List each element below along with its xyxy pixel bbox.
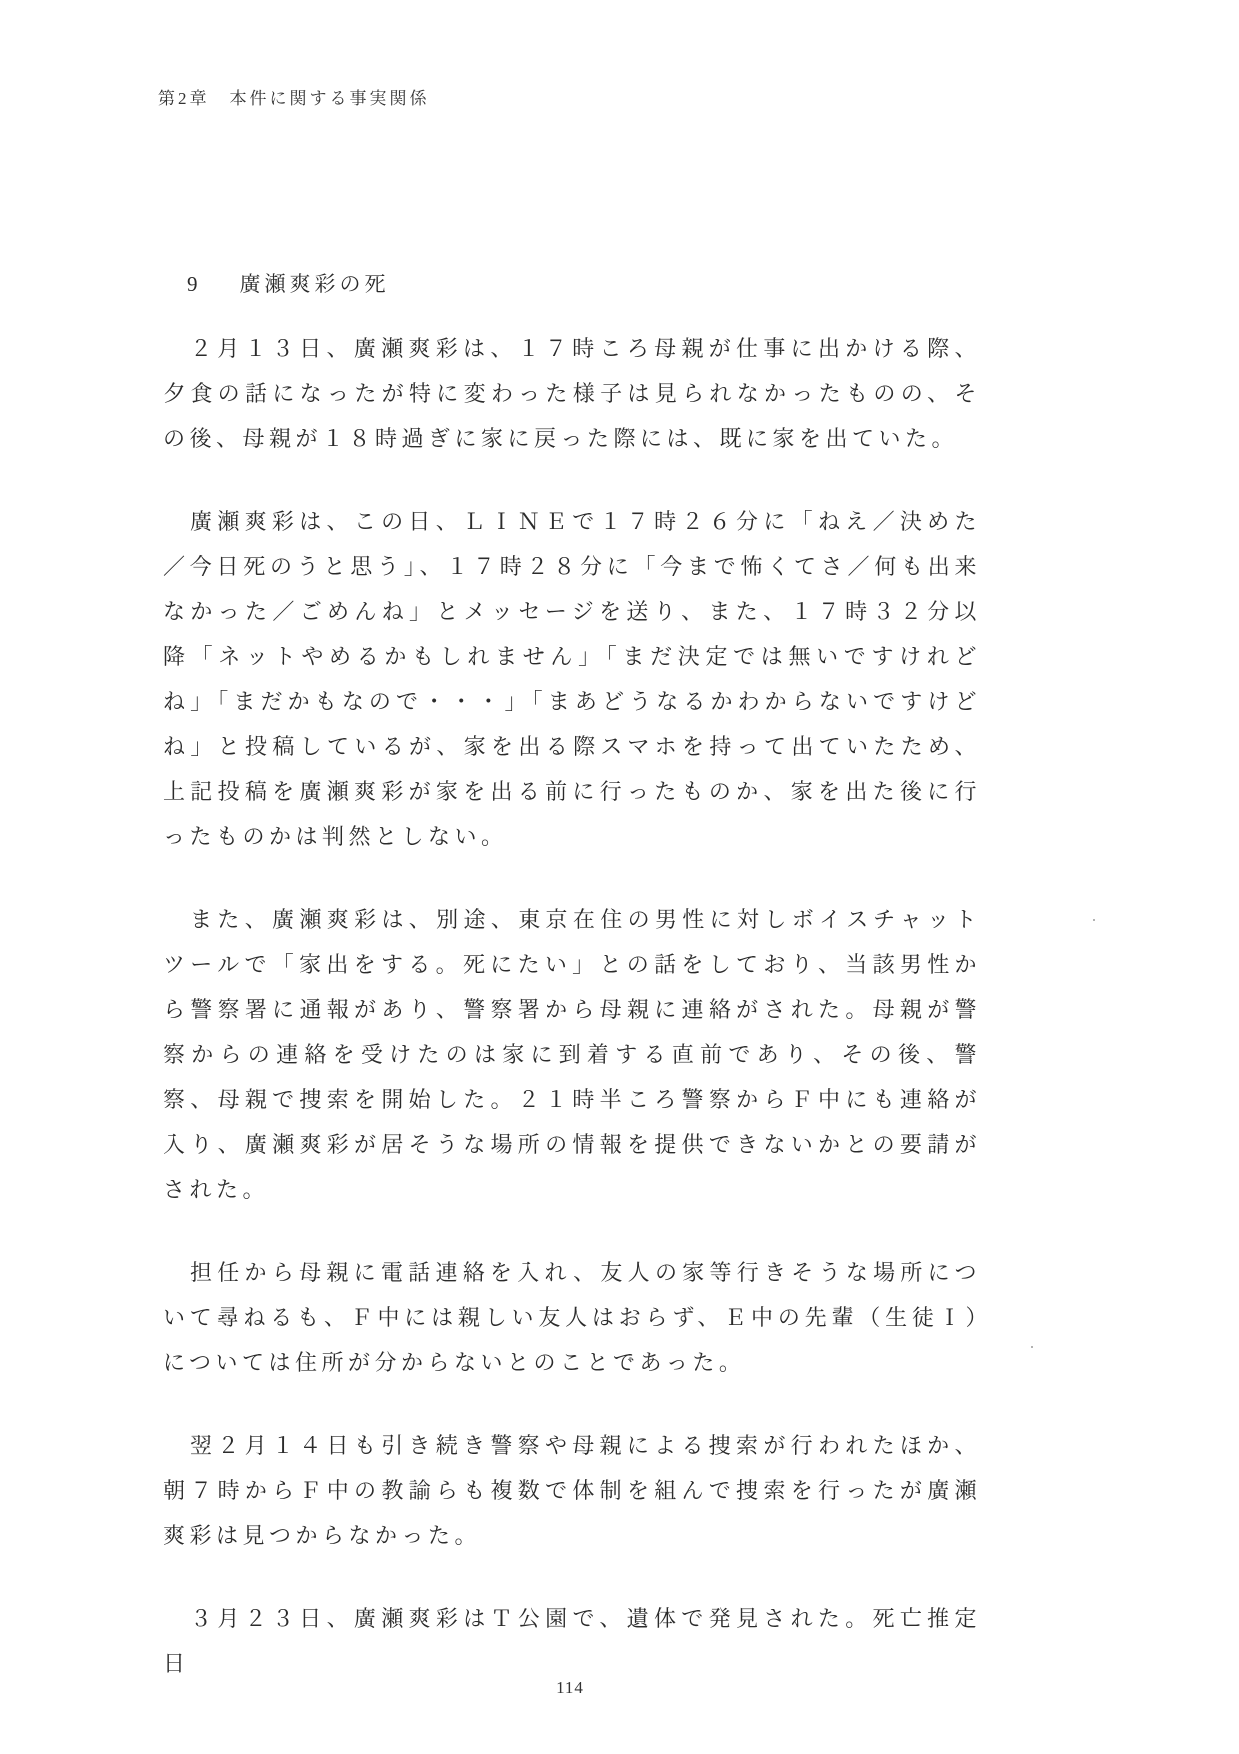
body-paragraph: また、廣瀬爽彩は、別途、東京在住の男性に対しボイスチャットツールで「家出をする。… [163, 897, 981, 1212]
body-paragraph: 担任から母親に電話連絡を入れ、友人の家等行きそうな場所について尋ねるも、Ｆ中には… [163, 1250, 981, 1385]
chapter-header: 第2章 本件に関する事実関係 [158, 84, 430, 109]
content-area: 9廣瀬爽彩の死 ２月１３日、廣瀬爽彩は、１７時ころ母親が仕事に出かける際、夕食の… [163, 268, 981, 1724]
scan-speck [1093, 919, 1095, 921]
document-page: 第2章 本件に関する事実関係 9廣瀬爽彩の死 ２月１３日、廣瀬爽彩は、１７時ころ… [0, 0, 1239, 1754]
section-number: 9 [187, 272, 202, 297]
body-paragraph: ３月２３日、廣瀬爽彩はＴ公園で、遺体で発見された。死亡推定日 [163, 1596, 981, 1686]
body-paragraph: 廣瀬爽彩は、この日、ＬＩＮＥで１７時２６分に「ねえ／決めた／今日死のうと思う」、… [163, 499, 981, 859]
scan-speck [629, 1357, 632, 1360]
page-number: 114 [0, 1678, 1140, 1698]
section-title: 廣瀬爽彩の死 [240, 272, 390, 296]
body-paragraph: 翌２月１４日も引き続き警察や母親による捜索が行われたほか、朝７時からＦ中の教諭ら… [163, 1423, 981, 1558]
scan-speck [1031, 1346, 1033, 1348]
body-paragraph: ２月１３日、廣瀬爽彩は、１７時ころ母親が仕事に出かける際、夕食の話になったが特に… [163, 326, 981, 461]
section-heading: 9廣瀬爽彩の死 [163, 268, 981, 298]
